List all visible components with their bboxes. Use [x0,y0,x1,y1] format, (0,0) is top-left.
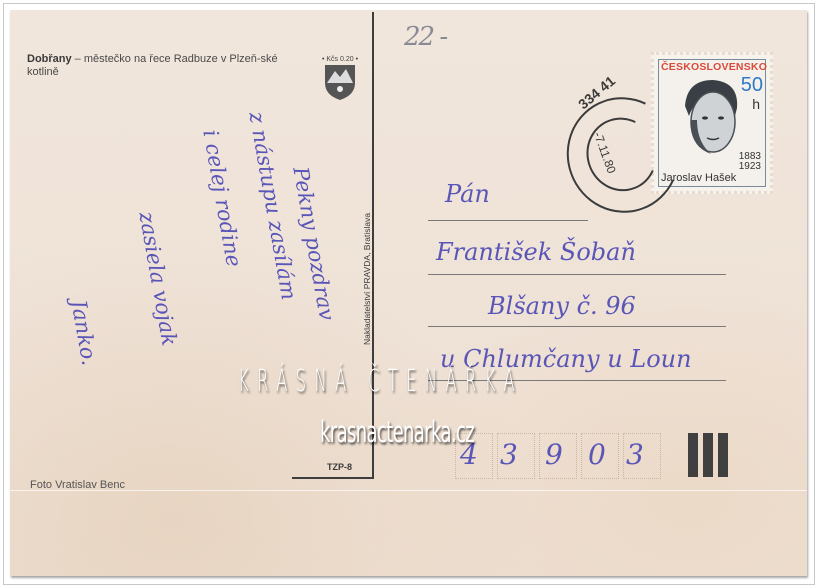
stamp-years: 1883 1923 [739,152,761,172]
address-line: František Šobaň [436,238,636,266]
zip-digit: 9 [545,438,563,471]
stamp-country: ČESKOSLOVENSKO [661,61,767,73]
postal-bar [688,433,698,477]
svg-text:• Kčs 0.20 •: • Kčs 0.20 • [322,56,359,63]
watermark-url[interactable]: krasnactenarka.cz [320,415,474,449]
address-rule [428,274,726,275]
postcard-caption: Dobřany – městečko na řece Radbuze v Plz… [27,53,312,79]
address-rule [428,326,726,327]
publisher-text: Nakladatelství PRAVDA, Bratislava [362,213,372,345]
watermark-title: KRÁSNÁ ČTENÁŘKA [238,364,523,399]
print-code: TZP-8 [327,462,352,472]
tourism-emblem-icon: • Kčs 0.20 • [317,53,363,103]
caption-title: Dobřany [27,53,72,65]
vertical-divider [372,12,374,478]
zip-digit: 3 [500,438,518,471]
address-line: Blšany č. 96 [488,292,636,320]
stamp-unit: h [752,96,760,112]
postal-bar [703,433,713,477]
zip-digit: 3 [626,438,644,471]
zip-digit: 0 [588,438,606,471]
address-line: Pán [445,180,490,208]
fold-line [10,490,807,491]
portrait-icon [677,76,747,162]
address-rule [428,220,588,221]
stamp-year-death: 1923 [739,162,761,172]
horizontal-divider [292,477,374,479]
photo-credit: Foto Vratislav Benc [30,479,125,491]
postal-bar [718,433,728,477]
pencil-note: 22 - [404,22,446,52]
